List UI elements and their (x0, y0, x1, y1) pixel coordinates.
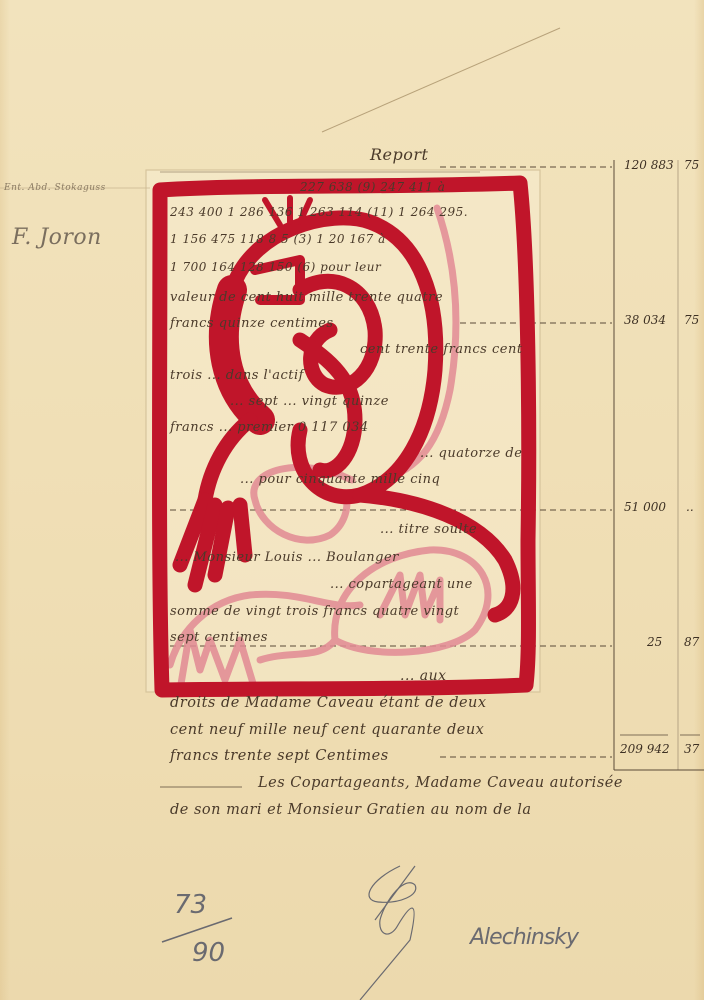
ledger-row: 1 156 475 118 8 5 (3) 1 20 167 à (170, 232, 386, 246)
ledger-row: ... aux (400, 668, 447, 684)
ledger-and-etching-svg (0, 0, 704, 1000)
ledger-amount: 25 (647, 635, 662, 649)
ledger-row: 1 700 164 128 150 (6) pour leur (170, 260, 381, 274)
left-margin-signature: F. Joron (12, 225, 102, 250)
ledger-amount-total: 209 942 (620, 742, 670, 756)
ledger-cents: 75 (684, 313, 699, 327)
ledger-row: de son mari et Monsieur Gratien au nom d… (170, 802, 532, 818)
ledger-row: francs ... premier 0 117 034 (170, 420, 369, 435)
ledger-row: cent trente francs cent (360, 342, 523, 357)
ledger-amount: 51 000 (624, 500, 666, 514)
ledger-amount: 120 883 (624, 158, 674, 172)
ledger-cents: 75 (684, 158, 699, 172)
ledger-row: Les Copartageants, Madame Caveau autoris… (258, 775, 623, 791)
ledger-row: ... sept ... vingt quinze (230, 394, 389, 409)
ledger-row: droits de Madame Caveau étant de deux (170, 695, 487, 711)
ledger-cents: 87 (684, 635, 699, 649)
ledger-amount: 38 034 (624, 313, 666, 327)
ledger-row: ... copartageant une (330, 577, 473, 592)
ledger-row: ... pour cinquante mille cinq (240, 472, 440, 487)
pencil-line (322, 28, 560, 132)
artwork-page: Report Ent. Abd. Stokaguss F. Joron 120 … (0, 0, 704, 1000)
ledger-row: cent neuf mille neuf cent quarante deux (170, 722, 484, 738)
ledger-row: francs trente sept Centimes (170, 748, 389, 764)
ledger-cents: 37 (684, 742, 699, 756)
ledger-row: valeur de cent huit mille trente quatre (170, 290, 443, 305)
ledger-row: 243 400 1 286 136 1 263 114 (11) 1 264 2… (170, 205, 468, 219)
artist-signature: Alechinsky (470, 925, 578, 950)
ledger-row: somme de vingt trois francs quatre vingt (170, 604, 459, 619)
ledger-row: 227 638 (9) 247 411 à (300, 180, 445, 194)
edition-total: 90 (192, 938, 225, 968)
edition-number: 73 (174, 890, 207, 920)
ledger-row: sept centimes (170, 630, 268, 645)
left-margin-label: Ent. Abd. Stokaguss (4, 183, 106, 193)
ledger-row: trois ... dans l'actif (170, 368, 304, 383)
ledger-row: ... titre soulte (380, 522, 477, 537)
ledger-row: ... Monsieur Louis ... Boulanger (175, 550, 399, 565)
ledger-row: ... quatorze de (420, 446, 522, 461)
ledger-row: francs quinze centimes (170, 316, 334, 331)
ledger-header: Report (370, 145, 428, 164)
ledger-cents: .. (686, 500, 694, 514)
